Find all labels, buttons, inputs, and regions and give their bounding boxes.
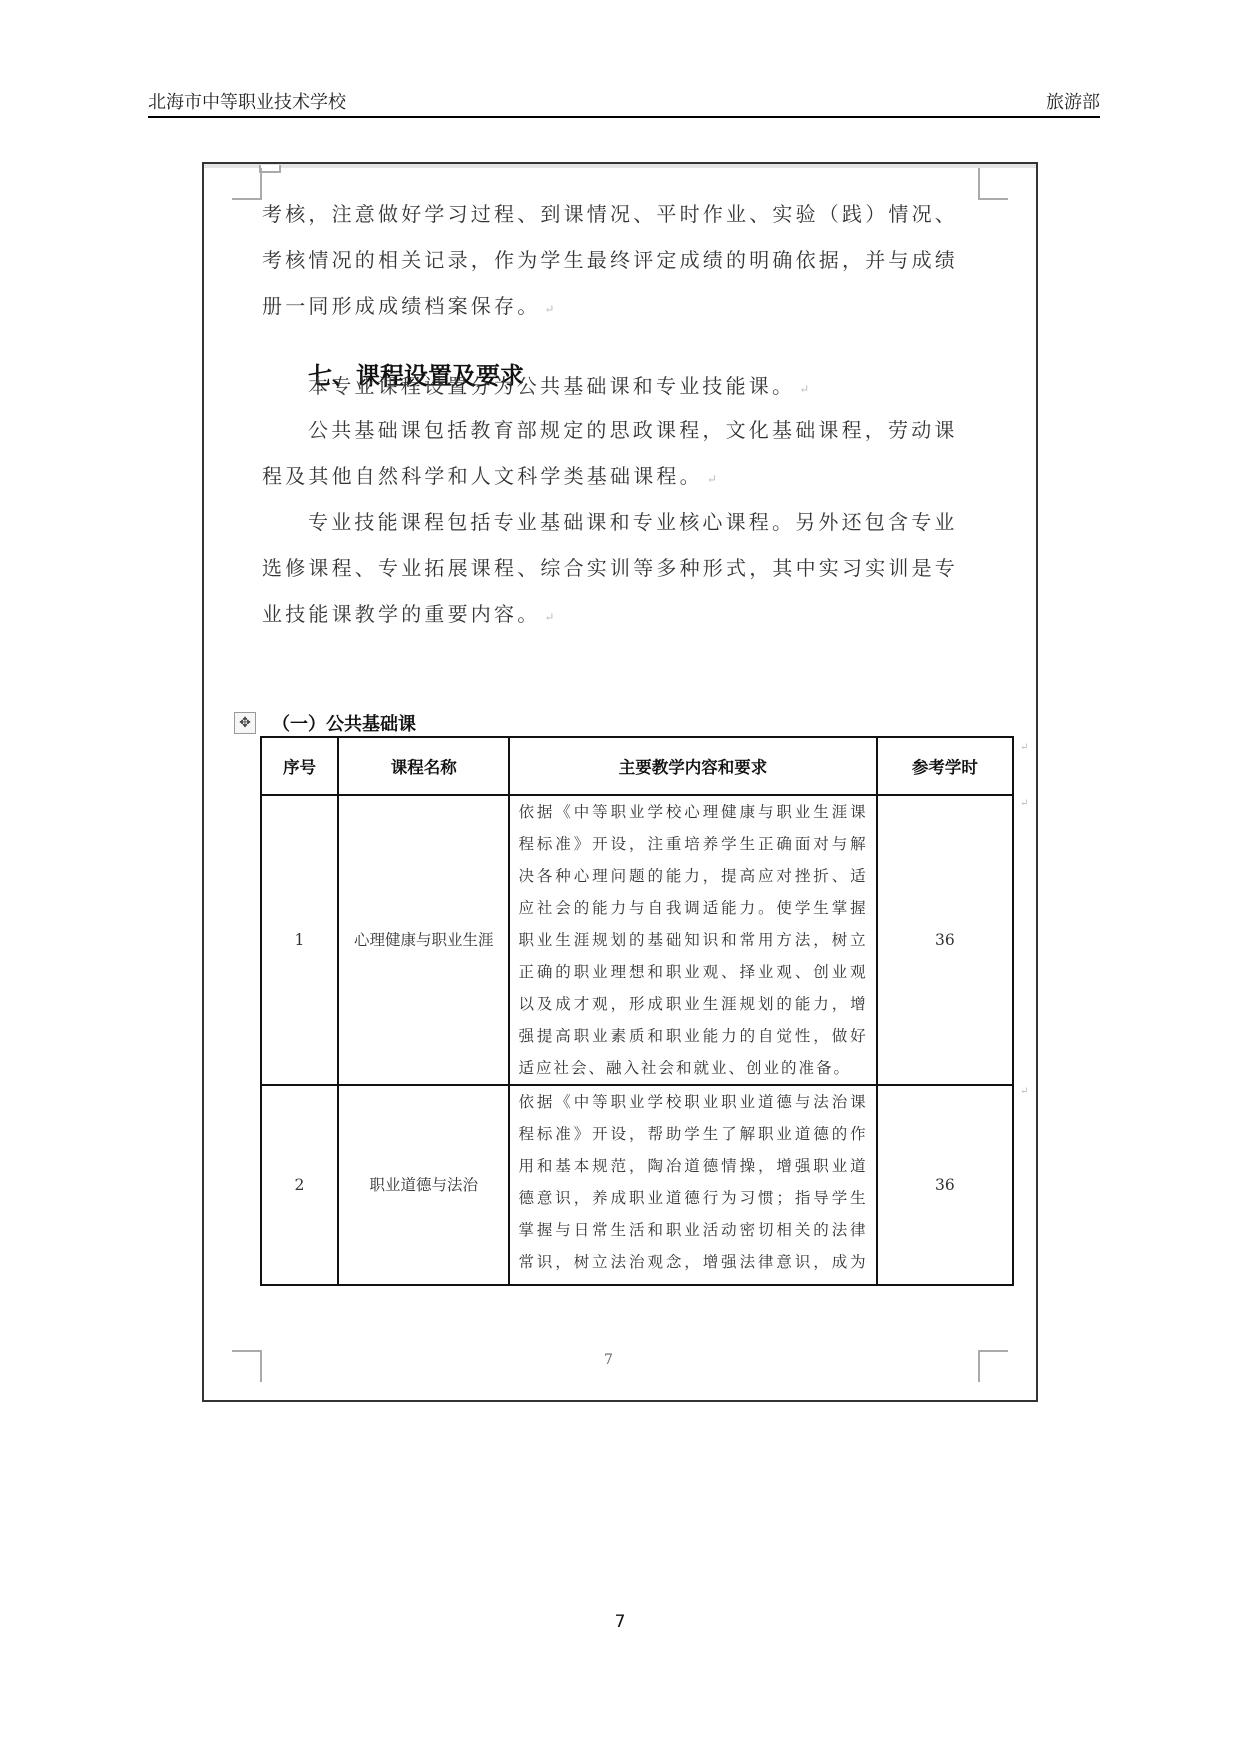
course-content-text: 依据《中等职业学校职业职业道德与法治课程标准》开设，帮助学生了解职业道德的作用和… [518,1086,867,1282]
paragraph-line: 考核，注意做好学习过程、到课情况、平时作业、实验（践）情况、 [262,200,962,228]
table-heading: （一）公共基础课 [272,710,416,736]
paragraph-line: 业技能课教学的重要内容。↵ [262,600,962,631]
paragraph-line: 程及其他自然科学和人文科学类基础课程。↵ [262,462,962,493]
paragraph-mark-icon: ↵ [544,302,557,316]
tab-stop-marker [259,165,281,173]
paragraph-mark-icon: ↵ [799,382,812,396]
row-end-mark-icon: ↵ [1020,742,1028,753]
paragraph-mark-icon: ↵ [707,472,720,486]
column-header-no: 序号 [261,737,338,795]
paragraph-line: 本专业课程设置分为公共基础课和专业技能课。↵ [308,372,1008,403]
paragraph-line: 公共基础课包括教育部规定的思政课程，文化基础课程，劳动课 [308,416,1008,444]
column-header-content: 主要教学内容和要求 [509,737,876,795]
page-header: 北海市中等职业技术学校 旅游部 [148,86,1100,118]
crop-mark-top-right [978,168,1008,200]
paragraph-line: 专业技能课程包括专业基础课和专业核心课程。另外还包含专业 [308,508,1008,536]
course-name: 职业道德与法治 [338,1085,510,1285]
course-name: 心理健康与职业生涯 [338,795,510,1085]
paragraph-line: 册一同形成成绩档案保存。↵ [262,292,962,323]
row-number: 1 [261,795,338,1085]
course-hours: 36 [877,1085,1013,1285]
row-end-mark-icon: ↵ [1020,1086,1028,1097]
school-name: 北海市中等职业技术学校 [148,88,346,114]
department-name: 旅游部 [1046,88,1100,114]
paragraph-text: 程及其他自然科学和人文科学类基础课程。 [262,464,703,488]
paragraph-line: 选修课程、专业拓展课程、综合实训等多种形式，其中实习实训是专 [262,554,962,582]
paragraph-text: 本专业课程设置分为公共基础课和专业技能课。 [308,374,795,398]
row-number: 2 [261,1085,338,1285]
table-move-handle-icon[interactable]: ✥ [234,712,256,734]
paragraph-line: 考核情况的相关记录，作为学生最终评定成绩的明确依据，并与成绩 [262,246,962,274]
crop-mark-bottom-right [978,1350,1008,1382]
paragraph-text: 册一同形成成绩档案保存。 [262,294,540,318]
frame-top-shade [204,164,1036,168]
inner-page-number: 7 [604,1352,613,1368]
crop-mark-bottom-left [232,1350,262,1382]
page-number: 7 [0,1612,1240,1632]
table-header-row: 序号 课程名称 主要教学内容和要求 参考学时 [261,737,1013,795]
course-table: 序号 课程名称 主要教学内容和要求 参考学时 1 心理健康与职业生涯 依据《中等… [260,736,1014,1286]
crop-mark-top-left [232,168,262,200]
table-row: 1 心理健康与职业生涯 依据《中等职业学校心理健康与职业生涯课程标准》开设，注重… [261,795,1013,1085]
column-header-name: 课程名称 [338,737,510,795]
course-content: 依据《中等职业学校职业职业道德与法治课程标准》开设，帮助学生了解职业道德的作用和… [509,1085,876,1285]
course-hours: 36 [877,795,1013,1085]
paragraph-mark-icon: ↵ [544,610,557,624]
row-end-mark-icon: ↵ [1020,798,1028,809]
course-content: 依据《中等职业学校心理健康与职业生涯课程标准》开设，注重培养学生正确面对与解决各… [509,795,876,1085]
embedded-page-screenshot: 考核，注意做好学习过程、到课情况、平时作业、实验（践）情况、 考核情况的相关记录… [202,162,1038,1402]
column-header-hours: 参考学时 [877,737,1013,795]
paragraph-text: 业技能课教学的重要内容。 [262,602,540,626]
table-row: 2 职业道德与法治 依据《中等职业学校职业职业道德与法治课程标准》开设，帮助学生… [261,1085,1013,1285]
